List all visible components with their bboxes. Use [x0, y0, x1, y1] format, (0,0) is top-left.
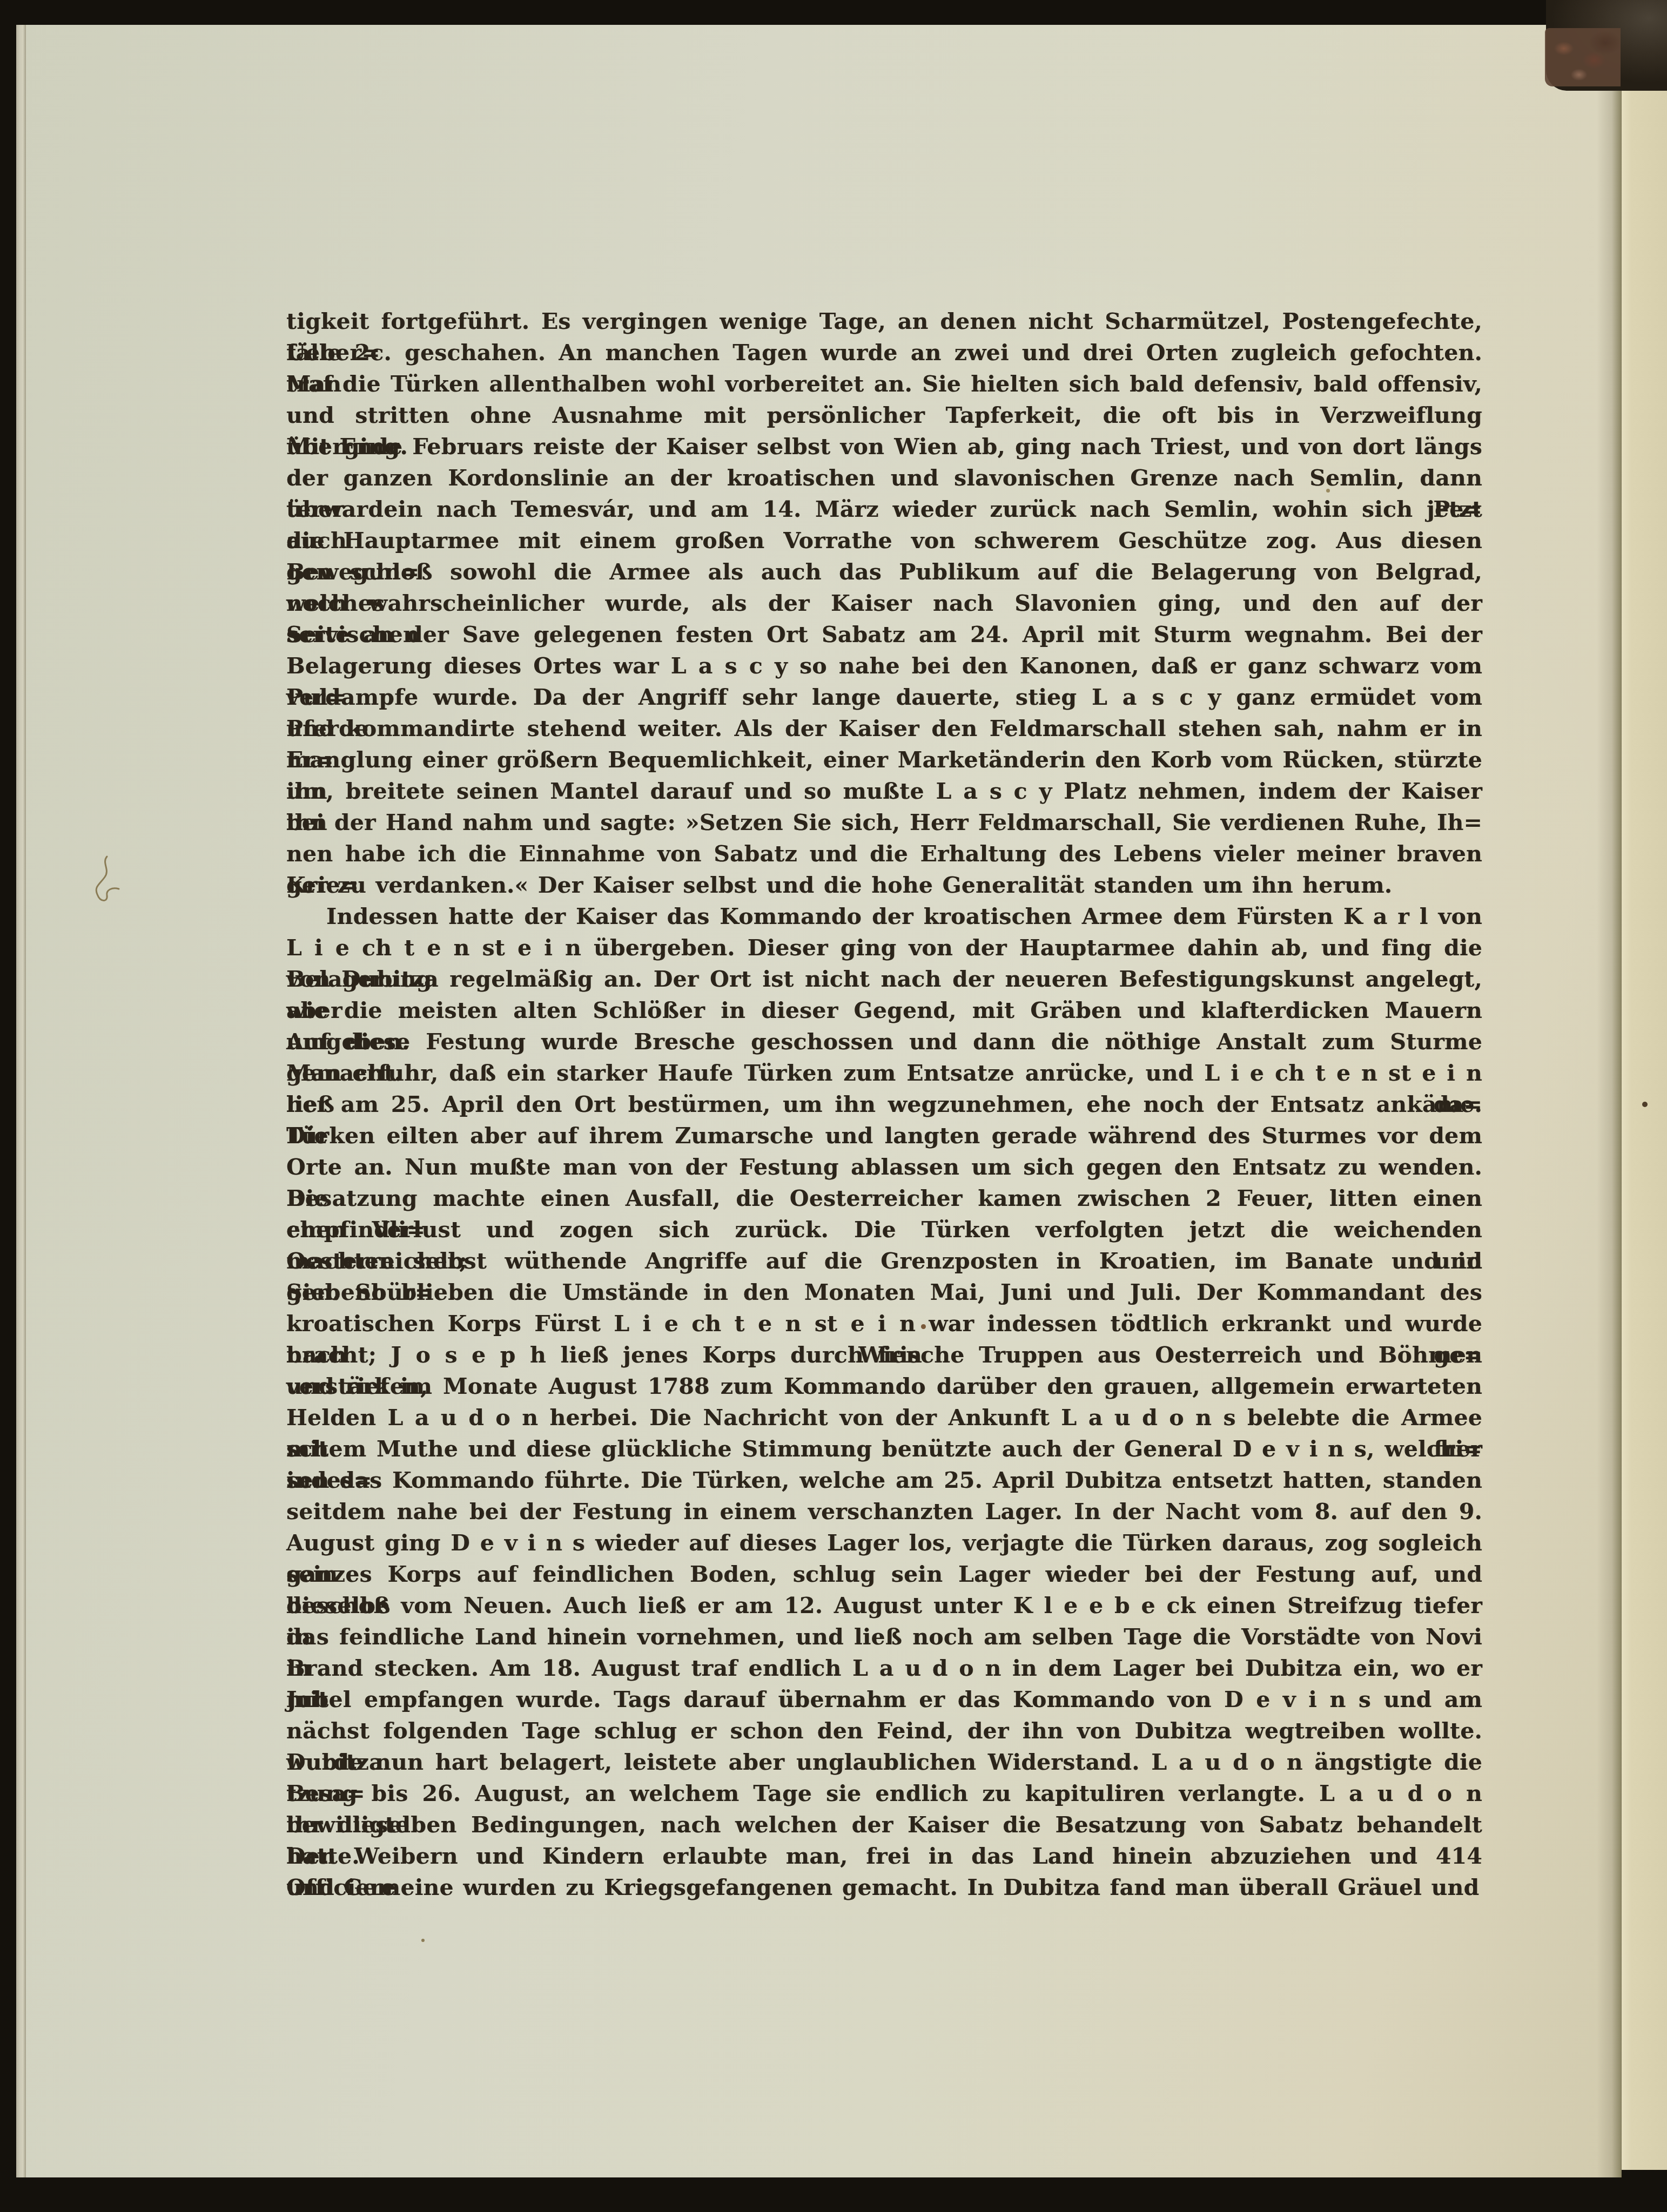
- text-line: L i e ch t e n st e i n übergeben. Diese…: [286, 932, 1482, 963]
- text-line: verdampfe wurde. Da der Angriff sehr lan…: [286, 682, 1482, 713]
- text-line: August ging D e v i n s wieder auf diese…: [286, 1527, 1482, 1559]
- text-line: gen. So blieben die Umstände in den Mona…: [286, 1277, 1482, 1308]
- text-line: wie die meisten alten Schlößer in dieser…: [286, 995, 1482, 1026]
- text-line: bracht; J o s e p h ließ jenes Korps dur…: [286, 1339, 1482, 1371]
- scan-background: tigkeit fortgeführt. Es vergingen wenige…: [0, 0, 1667, 2212]
- text-line: Türken eilten aber auf ihrem Zumarsche u…: [286, 1120, 1482, 1151]
- text-line: Mit Ende Februars reiste der Kaiser selb…: [286, 431, 1482, 462]
- next-page-edge: [1622, 22, 1667, 2170]
- text-line: kroatischen Korps Fürst L i e ch t e n s…: [286, 1308, 1482, 1339]
- text-line: der ganzen Kordonslinie an der kroatisch…: [286, 462, 1482, 494]
- marbled-fore-edge: [1545, 28, 1621, 86]
- paper-speck: [1326, 489, 1330, 493]
- text-line: gen schloß sowohl die Armee als auch das…: [286, 556, 1482, 588]
- text-line: seitdem nahe bei der Festung in einem ve…: [286, 1496, 1482, 1527]
- text-line: um, breitete seinen Mantel darauf und so…: [286, 775, 1482, 807]
- text-line: Besatzung machte einen Ausfall, die Oest…: [286, 1183, 1482, 1214]
- text-line: nächst folgenden Tage schlug er schon de…: [286, 1715, 1482, 1746]
- text-line: von Dubitza regelmäßig an. Der Ort ist n…: [286, 963, 1482, 995]
- text-line: traf die Türken allenthalben wohl vorber…: [286, 368, 1482, 400]
- text-line: nen habe ich die Einnahme von Sabatz und…: [286, 838, 1482, 869]
- text-line: chen Verlust und zogen sich zurück. Die …: [286, 1214, 1482, 1245]
- page-text-block: tigkeit fortgeführt. Es vergingen wenige…: [286, 306, 1482, 1903]
- text-line: Den Weibern und Kindern erlaubte man, fr…: [286, 1840, 1482, 1872]
- paper-speck: [421, 1939, 425, 1942]
- text-line: Belagerung dieses Ortes war L a s c y so…: [286, 650, 1482, 682]
- text-line: her am 25. April den Ort bestürmen, um i…: [286, 1089, 1482, 1120]
- text-line: und stritten ohne Ausnahme mit persönlic…: [286, 400, 1482, 431]
- book-page: tigkeit fortgeführt. Es vergingen wenige…: [16, 25, 1622, 2177]
- text-line: Brand stecken. Am 18. August traf endlic…: [286, 1653, 1482, 1684]
- text-line: das feindliche Land hinein vornehmen, un…: [286, 1621, 1482, 1653]
- page-fold-shadow: [1597, 25, 1622, 2177]
- text-line: machten selbst wüthende Angriffe auf die…: [286, 1245, 1482, 1277]
- text-line: dieselbe vom Neuen. Auch ließ er am 12. …: [286, 1590, 1482, 1621]
- text-line: Orte an. Nun mußte man von der Festung a…: [286, 1151, 1482, 1183]
- paper-speck: [1642, 1102, 1648, 1107]
- text-line: und kommandirte stehend weiter. Als der …: [286, 713, 1482, 744]
- scanned-book-page: { "colors": { "scan_background": "#14110…: [0, 0, 1667, 2212]
- text-line: Seite an der Save gelegenen festen Ort S…: [286, 619, 1482, 650]
- text-line: noch wahrscheinlicher wurde, als der Kai…: [286, 588, 1482, 619]
- text-line: ihr dieselben Bedingungen, nach welchen …: [286, 1809, 1482, 1840]
- text-line: ger zu verdanken.« Der Kaiser selbst und…: [286, 869, 1482, 901]
- paper-fiber: [86, 853, 124, 913]
- text-line: fälle 2c. geschahen. An manchen Tagen wu…: [286, 337, 1482, 368]
- text-line: Jubel empfangen wurde. Tags darauf übern…: [286, 1684, 1482, 1715]
- text-line: sen das Kommando führte. Die Türken, wel…: [286, 1465, 1482, 1496]
- text-line: Man erfuhr, daß ein starker Haufe Türken…: [286, 1057, 1482, 1089]
- text-line: tzung bis 26. August, an welchem Tage si…: [286, 1778, 1482, 1809]
- text-line: schem Muthe und diese glückliche Stimmun…: [286, 1433, 1482, 1465]
- text-line: ganzes Korps auf feindlichen Boden, schl…: [286, 1559, 1482, 1590]
- text-line: Helden L a u d o n herbei. Die Nachricht…: [286, 1402, 1482, 1433]
- text-line: manglung einer größern Bequemlichkeit, e…: [286, 744, 1482, 775]
- text-line: und Gemeine wurden zu Kriegsgefangenen g…: [286, 1872, 1482, 1903]
- text-line: Auf diese Festung wurde Bresche geschoss…: [286, 1026, 1482, 1057]
- text-line: und rief im Monate August 1788 zum Komma…: [286, 1371, 1482, 1402]
- stacked-page-edges: [16, 25, 26, 2177]
- text-line: die Hauptarmee mit einem großen Vorrathe…: [286, 525, 1482, 556]
- text-line: bei der Hand nahm und sagte: »Setzen Sie…: [286, 807, 1482, 838]
- paper-speck: [921, 1324, 926, 1329]
- text-line: terwardein nach Temesvár, und am 14. Mär…: [286, 494, 1482, 525]
- text-line: tigkeit fortgeführt. Es vergingen wenige…: [286, 306, 1482, 337]
- text-line: wurde nun hart belagert, leistete aber u…: [286, 1746, 1482, 1778]
- text-line: Indessen hatte der Kaiser das Kommando d…: [286, 901, 1482, 932]
